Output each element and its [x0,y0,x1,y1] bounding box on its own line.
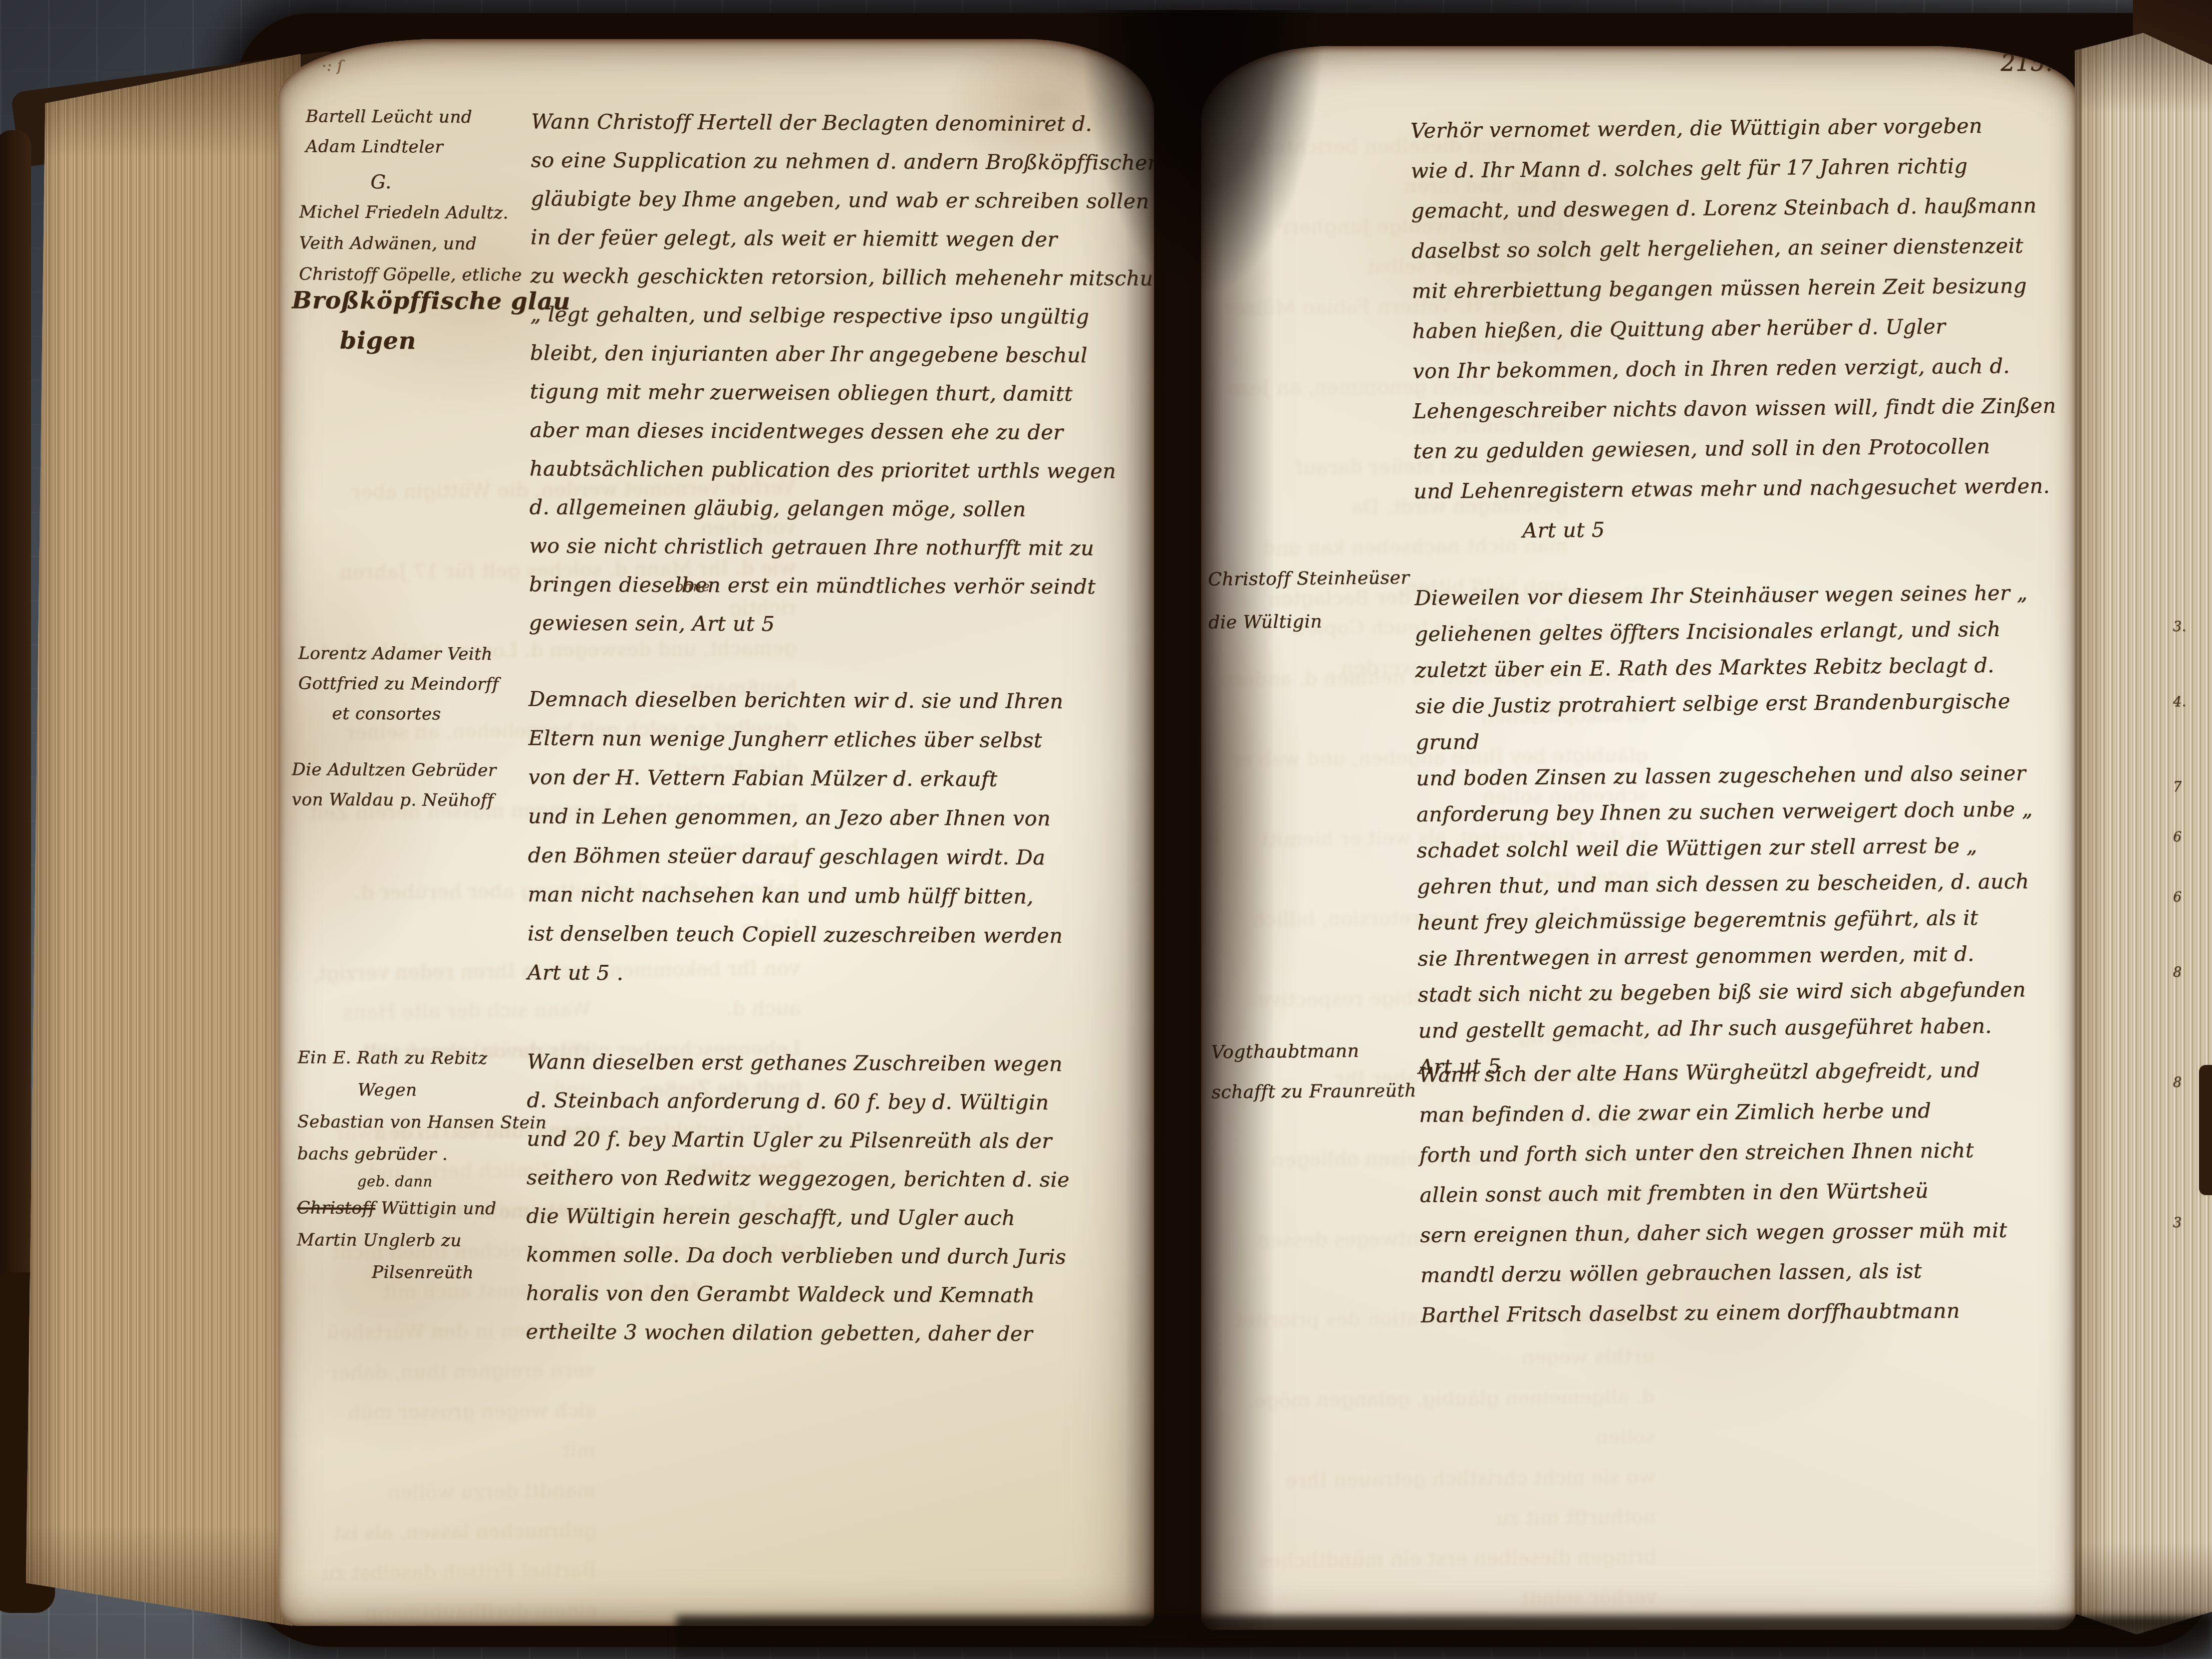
fore-edge-dark-tab [2199,1065,2212,1195]
entry-text-block: Verhör vernomet werden, die Wüttigin abe… [1410,105,2070,551]
margin-note-parties: Christoff Steinheüser die Wültigin [1208,556,1444,644]
margin-note-parties: Lorentz Adamer Veith Gottfried zu Meindo… [298,638,534,729]
fore-edge-mark: 4. [2173,694,2186,710]
left-page-content: Bartell Leücht und Adam Lindteler G. Mic… [279,39,1154,1626]
margin-note-word: Wüttigin und [381,1198,496,1219]
margin-note-parties: Die Adultzen Gebrüder von Waldau p. Neüh… [292,754,527,815]
fore-edge-mark: 8 [2173,965,2182,980]
struck-word: Christoff [297,1198,375,1218]
margin-note-parties: Ein E. Rath zu Rebitz Wegen Sebastian vo… [297,1041,558,1289]
margin-note-line: bachs gebrüder . [297,1138,558,1171]
left-fore-edge-page-stack [26,46,301,1637]
fore-edge-mark: 6 [2173,829,2182,845]
photo-of-open-manuscript-book: Verhör vernomet werden, die Wüttigin abe… [0,0,2212,1659]
right-page: Wann Christoff Hertell der Beclagten den… [1201,46,2077,1630]
entry-text-block: Dieweilen vor diesem Ihr Steinhäuser weg… [1414,574,2075,1084]
fore-edge-mark: 3. [2173,619,2186,635]
fore-edge-mark: 8 [2173,1075,2182,1090]
margin-note-parties: Bartell Leücht und Adam Lindteler [306,101,541,162]
margin-note-line: Wegen [298,1073,558,1107]
fore-edge-mark: 7 [2173,779,2182,795]
entry-text-block: Demnach dieselben berichten wir d. sie u… [527,679,1154,995]
entry-text-block: Wann Christoff Hertell der Beclagten den… [529,102,1154,645]
fore-edge-mark: 6 [2173,890,2182,905]
margin-note-line: Martin Unglerb zu [297,1224,557,1257]
entry-text-block: Wann sich der alte Hans Würgheützl abgef… [1419,1049,2077,1335]
fore-edge-mark: 3 [2173,1215,2182,1231]
margin-note-line-struck: Christoff Wüttigin und [297,1192,558,1225]
margin-note-line: geb. dann [297,1170,558,1193]
margin-note-line: Sebastian von Hansen Stein [297,1105,558,1139]
interlinear-insertion: ohne [675,579,710,595]
entry-text-block: Wann dieselben erst gethanes Zuschreiben… [525,1042,1154,1354]
margin-note-line: Pilsenreüth [297,1256,557,1289]
margin-note-line: Ein E. Rath zu Rebitz [298,1041,558,1074]
margin-note-parties: Michel Friedeln Adultz. Veith Adwänen, u… [299,196,535,291]
right-page-content: Christoff Steinheüser die Wültigin Vogth… [1201,46,2077,1630]
margin-note-parties: Vogthaubtmann schafft zu Fraunreüth [1211,1030,1447,1113]
right-fore-edge-page-stack: 3. 4. 7 6 6 8 8 3 [2075,33,2212,1639]
left-page: Verhör vernomet werden, die Wüttigin abe… [279,39,1154,1626]
